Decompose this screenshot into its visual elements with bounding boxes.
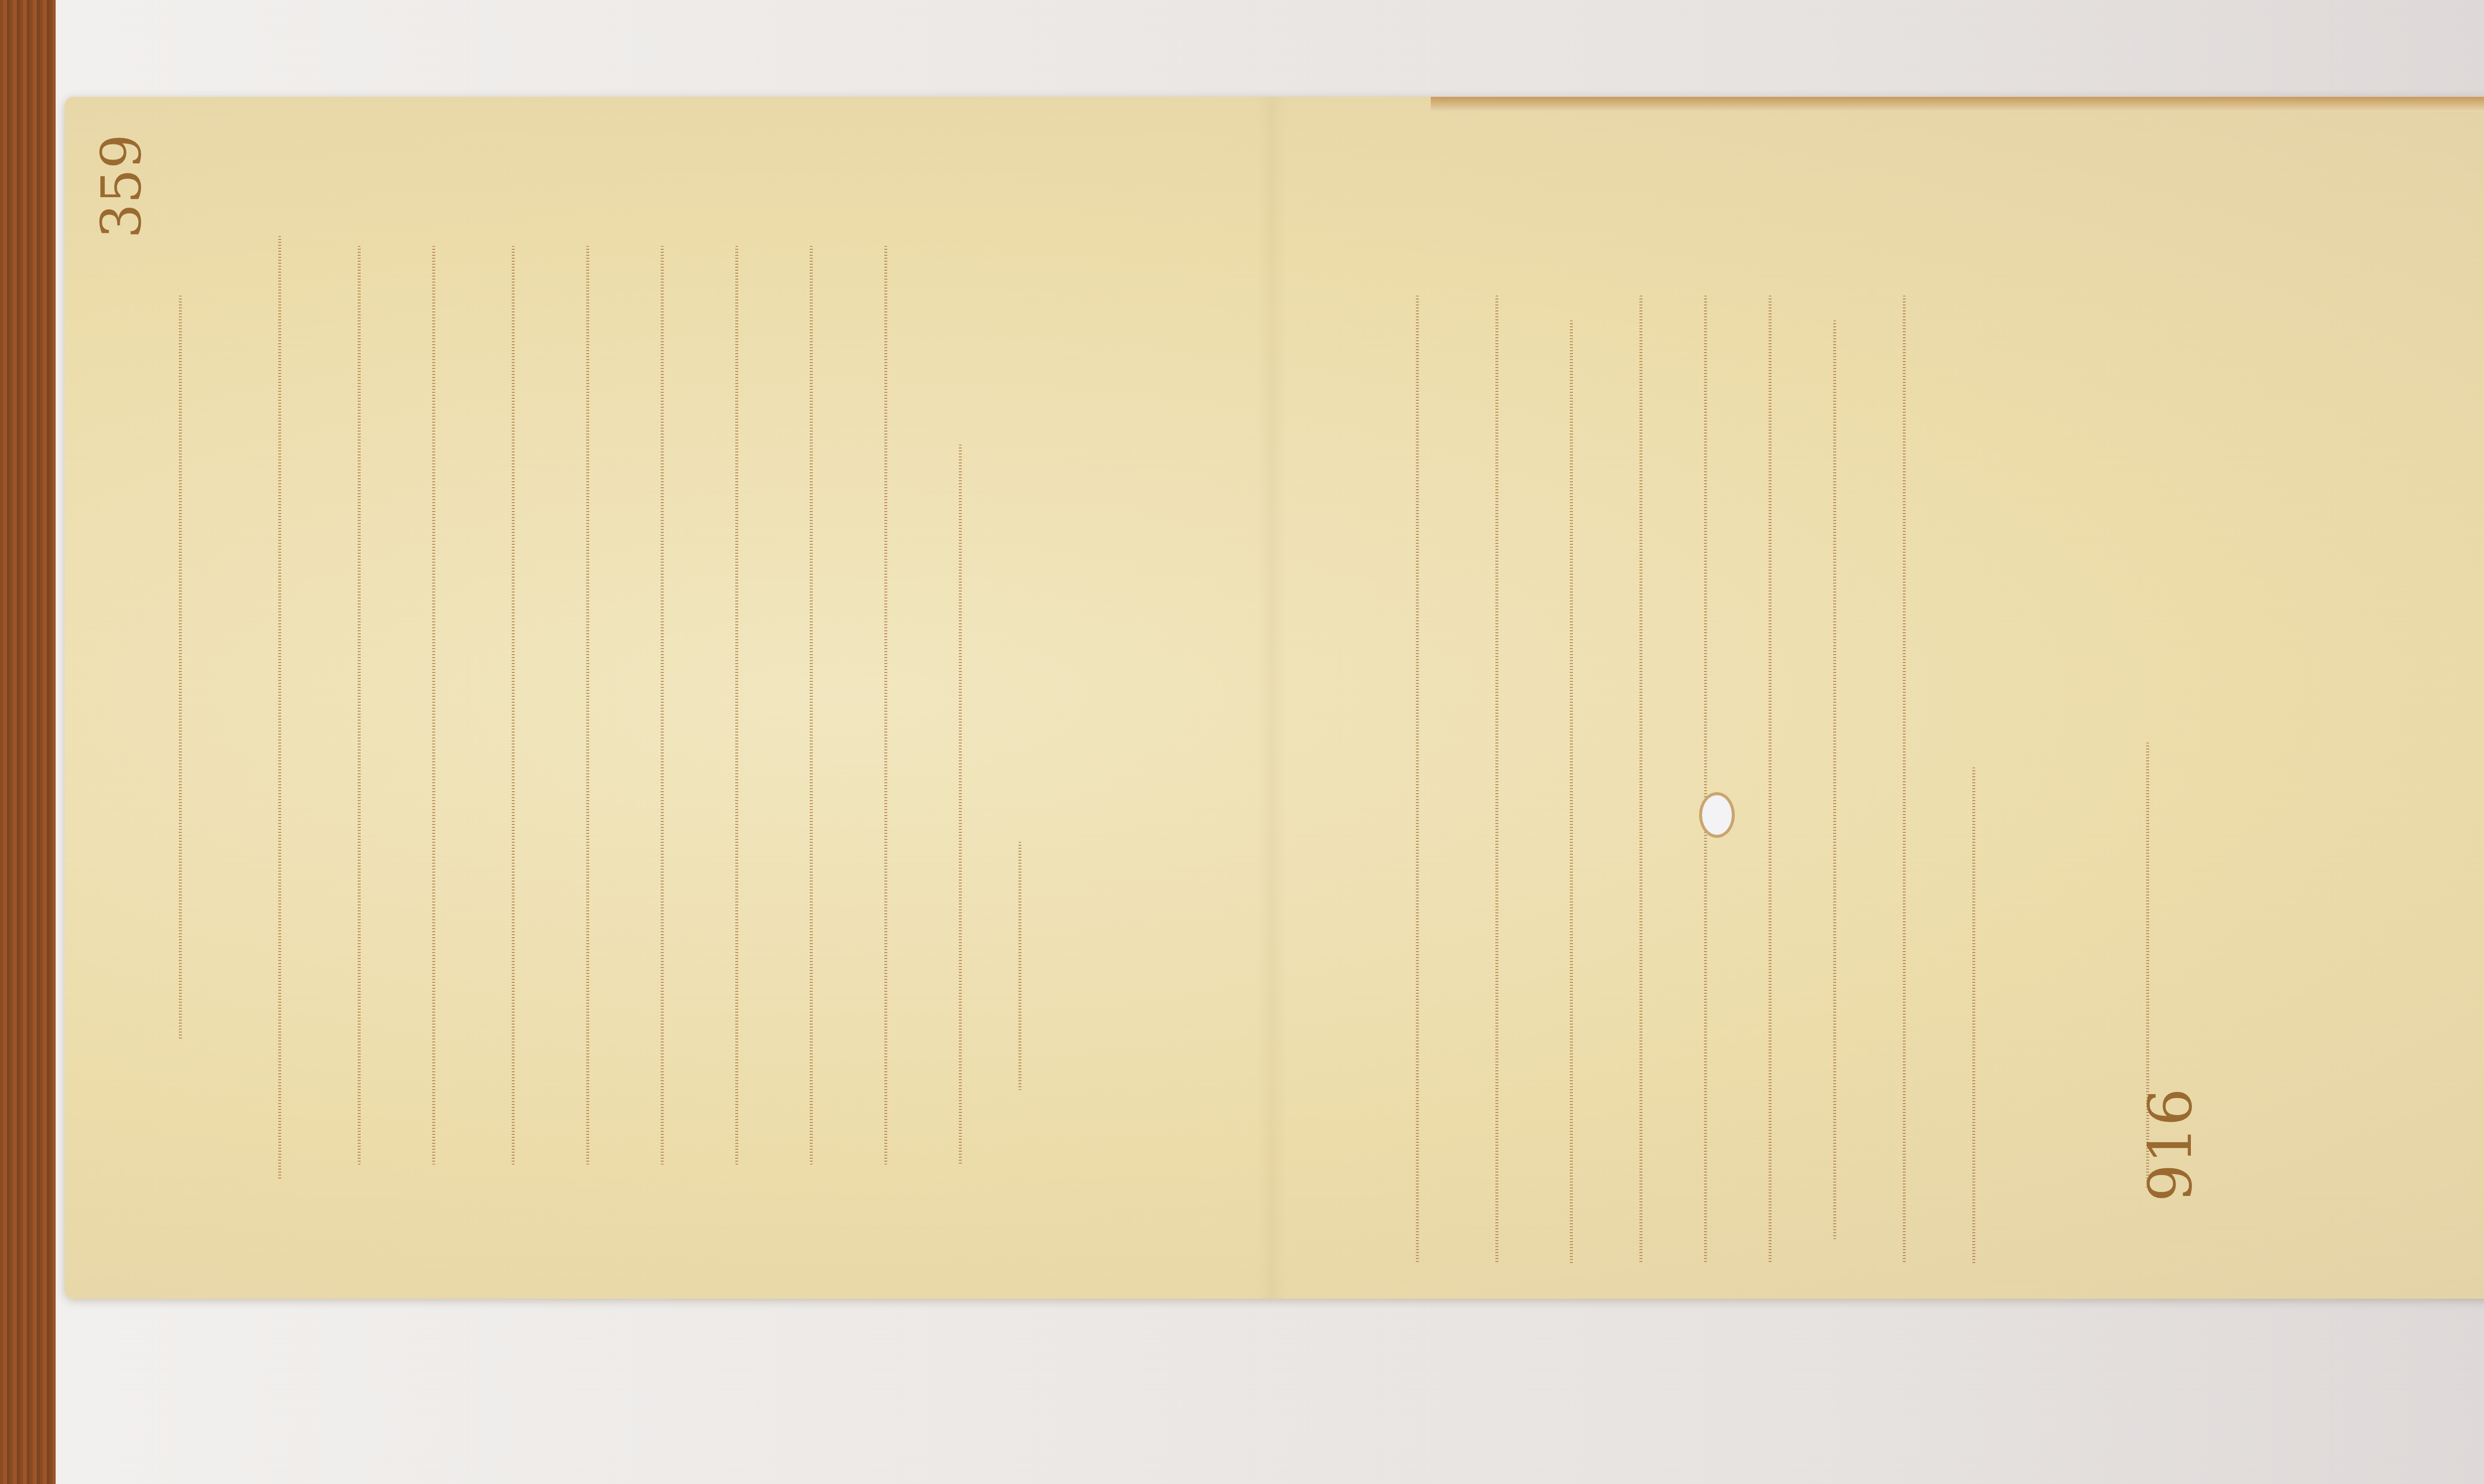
handwriting-line [884,246,887,1165]
handwriting-line [959,445,962,1165]
handwriting-line [810,246,813,1165]
handwriting-line [1972,767,1975,1264]
handwriting-line [179,296,182,1040]
handwriting-line [1495,296,1498,1264]
handwriting-line [1018,842,1021,1090]
handwriting-line [358,246,361,1165]
handwriting-line [1769,296,1772,1264]
handwriting-line [432,246,435,1165]
handwriting-line [512,246,515,1165]
paper-hole [1699,792,1735,838]
handwriting-line [1833,320,1836,1239]
handwriting-line [1570,320,1573,1264]
handwriting-line [278,236,281,1180]
paper-fold [1257,97,1287,1299]
manuscript-page [65,97,2484,1299]
handwriting-line [1416,296,1419,1264]
handwriting-line [1639,296,1642,1264]
wooden-frame-strip [0,0,56,1484]
marginal-note: 916 [2136,1088,2205,1202]
handwriting-line [661,246,664,1165]
handwriting-line [1903,296,1906,1264]
handwriting-line [1704,296,1707,1264]
handwriting-line [735,246,738,1165]
paper-edge-stain [1431,97,2484,112]
handwriting-line [586,246,589,1165]
folio-number: 359 [89,134,153,238]
